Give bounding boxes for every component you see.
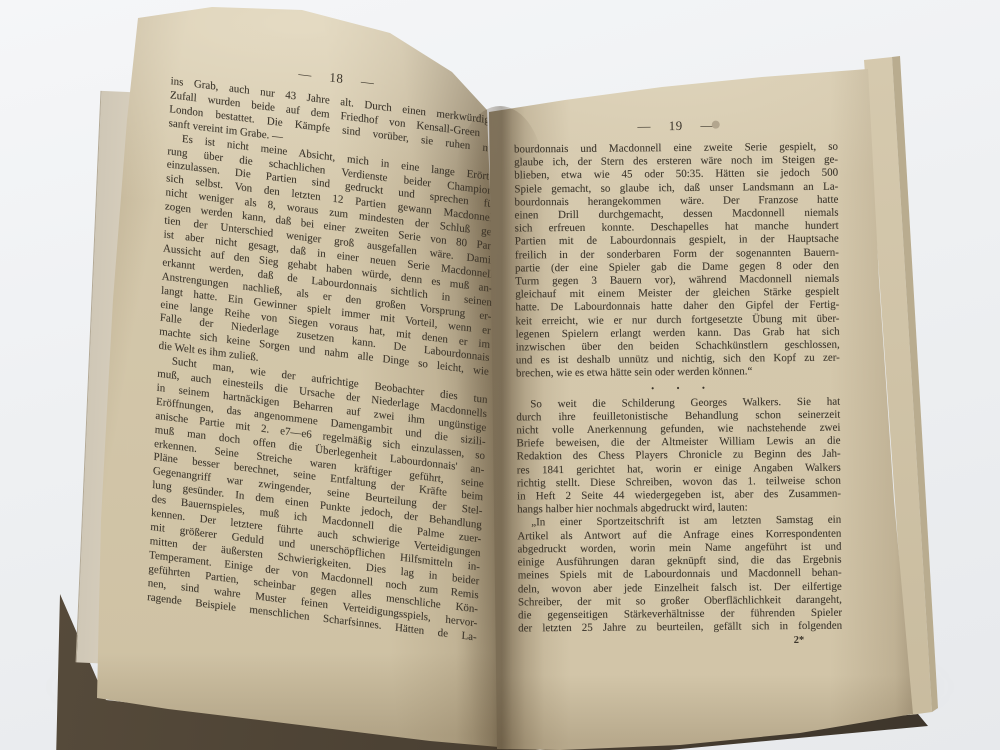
right-page-lines: bourdonnais und Macdonnell eine zweite S… [514, 141, 842, 636]
signature-mark: 2* [518, 635, 842, 649]
left-page-lines: ins Grab, auch nur 43 Jahre alt. Durch e… [147, 75, 501, 645]
left-page-text: — 18 — ins Grab, auch nur 43 Jahre alt. … [147, 50, 502, 645]
right-header-row: — 19 — [514, 117, 838, 136]
right-page-text: — 19 — bourdonnais und Macdonnell eine z… [514, 117, 843, 649]
page-number-right: — 19 — [514, 117, 838, 136]
photo-background: — 18 — ins Grab, auch nur 43 Jahre alt. … [0, 0, 1000, 750]
text-line: der letzten 25 Jahre zu beurteilen, gefä… [518, 620, 842, 636]
book-gutter-shadow [456, 106, 544, 750]
page-spot [711, 121, 719, 129]
